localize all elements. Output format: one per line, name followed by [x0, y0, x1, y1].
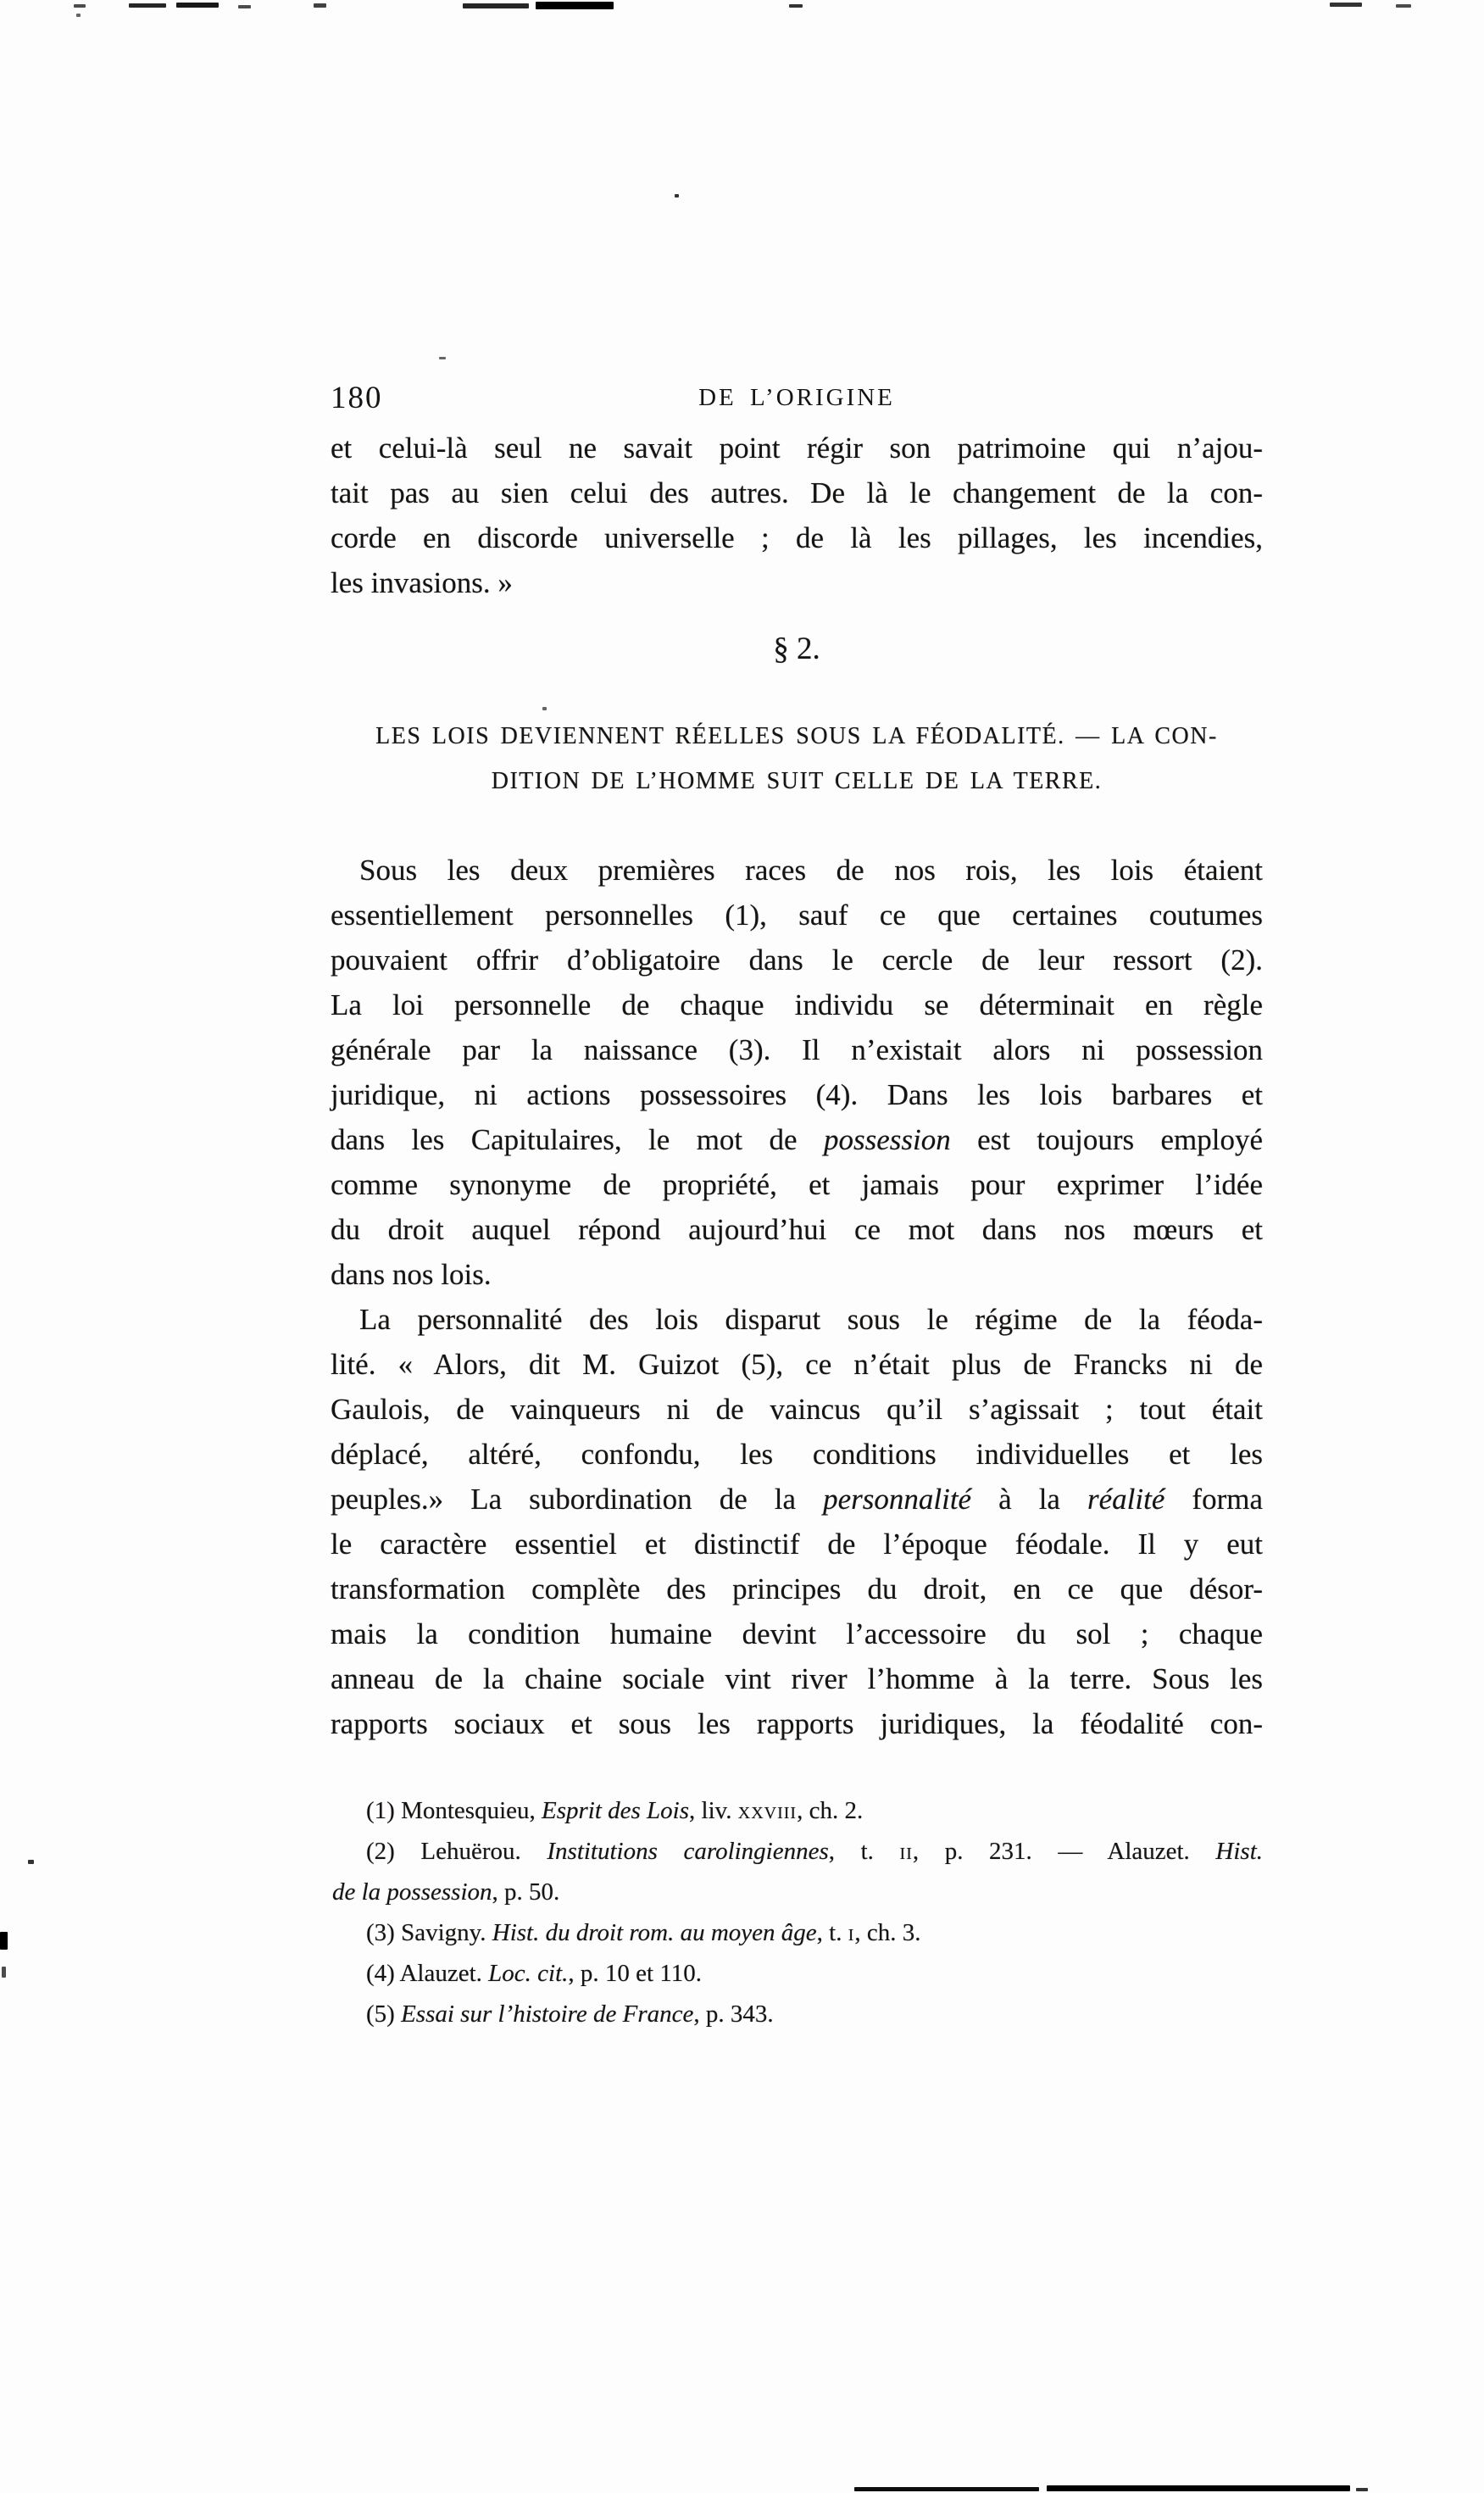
section-heading: LES LOIS DEVIENNENT RÉELLES SOUS LA FÉOD… [331, 714, 1263, 804]
book-page: 180 DE L’ORIGINE et celui-là seul ne sav… [0, 0, 1484, 2493]
text-segment: les invasions. » [331, 566, 513, 599]
scan-artifact [238, 5, 251, 8]
text-segment: La loi personnelle de chaque individu se… [331, 988, 1263, 1021]
styled-text-segment: ii [900, 1838, 913, 1865]
text-segment: lité. « Alors, dit M. Guizot (5), ce n’é… [331, 1348, 1263, 1381]
text-line: les invasions. » [331, 560, 1263, 605]
styled-text-segment: xxviii [738, 1797, 797, 1824]
text-segment: forma [1164, 1483, 1263, 1516]
text-segment: pouvaient offrir d’obligatoire dans le c… [331, 943, 1263, 977]
text-line: (4) Alauzet. Loc. cit., p. 10 et 110. [332, 1953, 1263, 1994]
text-segment: (4) Alauzet. [366, 1960, 488, 1987]
styled-text-segment: possession [824, 1123, 951, 1156]
styled-text-segment: Hist. du droit rom. au moyen âge [492, 1919, 817, 1946]
text-segment: mais la condition humaine devint l’acces… [331, 1617, 1263, 1650]
scan-artifact [28, 1860, 34, 1864]
text-segment: La personnalité des lois disparut sous l… [359, 1303, 1263, 1336]
text-segment: , p. 231. — Alauzet. [913, 1838, 1216, 1865]
text-segment: (5) [366, 2001, 401, 2028]
text-line: (5) Essai sur l’histoire de France, p. 3… [332, 1994, 1263, 2034]
scan-artifact [463, 3, 529, 8]
scan-artifact [854, 2487, 1039, 2491]
text-line: corde en discorde universelle ; de là le… [331, 515, 1263, 560]
text-line: dans nos lois. [331, 1252, 1263, 1297]
text-segment: peuples.» La subordination de la [331, 1483, 823, 1516]
text-line: La personnalité des lois disparut sous l… [331, 1297, 1263, 1342]
text-segment: , p. 343. [693, 2001, 773, 2028]
text-line: essentiellement personnelles (1), sauf c… [331, 893, 1263, 938]
text-segment: du droit auquel répond aujourd’hui ce mo… [331, 1213, 1263, 1246]
scan-artifact [1356, 2488, 1368, 2491]
text-line: le caractère essentiel et distinctif de … [331, 1522, 1263, 1566]
page-number: 180 [331, 380, 383, 416]
scan-artifact [675, 194, 679, 198]
styled-text-segment: de la possession [332, 1878, 492, 1906]
text-line: mais la condition humaine devint l’acces… [331, 1611, 1263, 1656]
scan-artifact [1047, 2485, 1350, 2491]
section-heading-line-1: LES LOIS DEVIENNENT RÉELLES SOUS LA FÉOD… [331, 714, 1263, 759]
text-line: déplacé, altéré, confondu, les condition… [331, 1432, 1263, 1477]
text-line: et celui-là seul ne savait point régir s… [331, 426, 1263, 470]
text-segment: dans nos lois. [331, 1258, 492, 1291]
scan-artifact [1330, 3, 1362, 7]
text-segment: (1) Montesquieu, [366, 1797, 542, 1824]
scan-artifact [789, 4, 803, 8]
text-segment: juridique, ni actions possessoires (4). … [331, 1078, 1263, 1111]
text-segment: (3) Savigny. [366, 1919, 492, 1946]
text-line: (1) Montesquieu, Esprit des Lois, liv. x… [332, 1790, 1263, 1831]
text-segment: et celui-là seul ne savait point régir s… [331, 431, 1263, 465]
text-line: La loi personnelle de chaque individu se… [331, 982, 1263, 1027]
text-line: Sous les deux premières races de nos roi… [331, 848, 1263, 893]
text-segment: à la [971, 1483, 1087, 1516]
scan-artifact [176, 3, 219, 8]
text-segment: dans les Capitulaires, le mot de [331, 1123, 824, 1156]
scan-artifact [314, 3, 326, 8]
text-segment: , t. [817, 1919, 848, 1946]
text-segment: , t. [829, 1838, 900, 1865]
styled-text-segment: Hist. [1215, 1838, 1263, 1865]
text-line: du droit auquel répond aujourd’hui ce mo… [331, 1207, 1263, 1252]
text-segment: le caractère essentiel et distinctif de … [331, 1528, 1263, 1561]
scan-artifact [129, 3, 166, 8]
text-segment: tait pas au sien celui des autres. De là… [331, 476, 1263, 509]
text-line: tait pas au sien celui des autres. De là… [331, 470, 1263, 515]
text-line: juridique, ni actions possessoires (4). … [331, 1072, 1263, 1117]
text-line: transformation complète des principes du… [331, 1566, 1263, 1611]
scan-artifact [1396, 4, 1411, 8]
text-line: dans les Capitulaires, le mot de possess… [331, 1117, 1263, 1162]
text-line: de la possession, p. 50. [332, 1872, 1263, 1912]
text-segment: rapports sociaux et sous les rapports ju… [331, 1707, 1263, 1740]
scan-artifact [542, 707, 547, 710]
text-segment: , p. 10 et 110. [568, 1960, 702, 1987]
styled-text-segment: Loc. cit. [488, 1960, 568, 1987]
scan-artifact [0, 1932, 8, 1950]
text-segment: , liv. [689, 1797, 738, 1824]
scan-artifact [74, 4, 86, 8]
text-line: (2) Lehuërou. Institutions carolingienne… [332, 1831, 1263, 1872]
text-segment: essentiellement personnelles (1), sauf c… [331, 899, 1263, 932]
body-text: Sous les deux premières races de nos roi… [331, 848, 1263, 1746]
text-line: Gaulois, de vainqueurs ni de vaincus qu’… [331, 1387, 1263, 1432]
text-line: anneau de la chaine sociale vint river l… [331, 1656, 1263, 1701]
scan-artifact [2, 1967, 6, 1978]
section-mark: § 2. [331, 631, 1263, 667]
section-heading-line-2: DITION DE L’HOMME SUIT CELLE DE LA TERRE… [331, 759, 1263, 804]
text-segment: transformation complète des principes du… [331, 1572, 1263, 1605]
paragraph-continuation: et celui-là seul ne savait point régir s… [331, 426, 1263, 605]
text-segment: Sous les deux premières races de nos roi… [359, 854, 1263, 887]
text-segment: est toujours employé [951, 1123, 1263, 1156]
text-line: comme synonyme de propriété, et jamais p… [331, 1162, 1263, 1207]
text-segment: (2) Lehuërou. [366, 1838, 547, 1865]
text-line: (3) Savigny. Hist. du droit rom. au moye… [332, 1912, 1263, 1953]
text-segment: , ch. 2. [797, 1797, 863, 1824]
scan-artifact [536, 2, 614, 9]
footnotes: (1) Montesquieu, Esprit des Lois, liv. x… [332, 1790, 1263, 2034]
styled-text-segment: Institutions carolingiennes [547, 1838, 828, 1865]
styled-text-segment: personnalité [823, 1483, 971, 1516]
text-segment: anneau de la chaine sociale vint river l… [331, 1662, 1263, 1695]
text-line: pouvaient offrir d’obligatoire dans le c… [331, 938, 1263, 982]
page-header: 180 DE L’ORIGINE [331, 380, 1263, 419]
running-head: DE L’ORIGINE [331, 380, 1263, 412]
text-segment: Gaulois, de vainqueurs ni de vaincus qu’… [331, 1393, 1263, 1426]
scan-artifact [76, 14, 81, 17]
styled-text-segment: Esprit des Lois [542, 1797, 689, 1824]
styled-text-segment: réalité [1087, 1483, 1164, 1516]
text-segment: corde en discorde universelle ; de là le… [331, 521, 1263, 554]
text-segment: , p. 50. [492, 1878, 560, 1906]
text-segment: déplacé, altéré, confondu, les condition… [331, 1438, 1263, 1471]
scan-artifact [439, 357, 446, 359]
styled-text-segment: Essai sur l’histoire de France [401, 2001, 693, 2028]
text-segment: comme synonyme de propriété, et jamais p… [331, 1168, 1263, 1201]
text-line: peuples.» La subordination de la personn… [331, 1477, 1263, 1522]
text-line: lité. « Alors, dit M. Guizot (5), ce n’é… [331, 1342, 1263, 1387]
text-line: rapports sociaux et sous les rapports ju… [331, 1701, 1263, 1746]
text-segment: générale par la naissance (3). Il n’exis… [331, 1033, 1263, 1066]
text-segment: , ch. 3. [854, 1919, 920, 1946]
text-line: générale par la naissance (3). Il n’exis… [331, 1027, 1263, 1072]
